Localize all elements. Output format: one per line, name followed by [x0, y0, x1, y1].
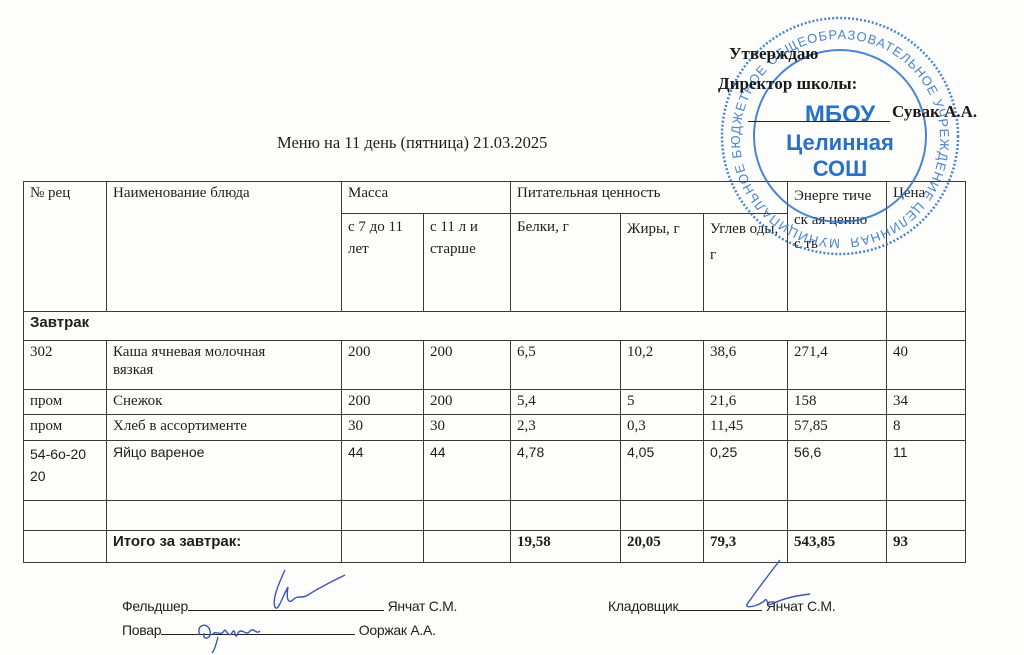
empty-cell — [788, 501, 887, 531]
medic-signature-line — [188, 598, 384, 611]
storekeeper-role: Кладовщик — [608, 598, 678, 614]
cell-mass-11-plus: 44 — [424, 441, 511, 501]
total-mass-11-plus — [424, 531, 511, 563]
header-carbs: Углев оды, г — [704, 214, 788, 312]
cell-carbs: 38,6 — [704, 341, 788, 390]
header-energy: Энерге тическ ая ценнос ть — [788, 182, 887, 312]
medic-name: Янчат С.М. — [388, 598, 457, 614]
total-carbs: 79,3 — [704, 531, 788, 563]
stamp-center-2: Целинная — [786, 130, 894, 155]
cell-energy: 56,6 — [788, 441, 887, 501]
cell-proteins: 5,4 — [511, 390, 621, 415]
header-mass: Масса — [342, 182, 511, 214]
empty-cell — [704, 501, 788, 531]
empty-row — [24, 501, 966, 531]
cook-signature-line — [161, 622, 355, 635]
total-fats: 20,05 — [621, 531, 704, 563]
header-proteins: Белки, г — [511, 214, 621, 312]
cell-recipe: 54-6о-2020 — [24, 441, 107, 501]
cell-energy: 158 — [788, 390, 887, 415]
section-empty-cell — [887, 312, 966, 341]
cell-dish: Хлеб в ассортименте — [107, 415, 342, 441]
header-fats: Жиры, г — [621, 214, 704, 312]
cell-carbs: 0,25 — [704, 441, 788, 501]
empty-cell — [342, 501, 424, 531]
section-breakfast: Завтрак — [24, 312, 887, 341]
cell-energy: 57,85 — [788, 415, 887, 441]
cell-carbs: 21,6 — [704, 390, 788, 415]
menu-table: № рец Наименование блюда Масса Питательн… — [23, 181, 966, 563]
cell-mass-11-plus: 200 — [424, 390, 511, 415]
header-mass-7-11: с 7 до 11 лет — [342, 214, 424, 312]
cell-mass-7-11: 30 — [342, 415, 424, 441]
empty-cell — [621, 501, 704, 531]
cell-proteins: 6,5 — [511, 341, 621, 390]
header-nutrition: Питательная ценность — [511, 182, 788, 214]
cell-price: 34 — [887, 390, 966, 415]
cell-price: 40 — [887, 341, 966, 390]
cell-energy: 271,4 — [788, 341, 887, 390]
cell-carbs: 11,45 — [704, 415, 788, 441]
signature-medic: Фельдшер Янчат С.М. — [122, 598, 457, 614]
cell-recipe-text: 54-6о-2020 — [30, 443, 92, 487]
cell-fats: 10,2 — [621, 341, 704, 390]
table-row: пром Снежок 200 200 5,4 5 21,6 158 34 — [24, 390, 966, 415]
total-proteins: 19,58 — [511, 531, 621, 563]
menu-title: Меню на 11 день (пятница) 21.03.2025 — [277, 133, 547, 153]
empty-cell — [511, 501, 621, 531]
cell-recipe: 302 — [24, 341, 107, 390]
header-price: Цена — [887, 182, 966, 312]
cell-proteins: 2,3 — [511, 415, 621, 441]
total-label: Итого за завтрак: — [107, 531, 342, 563]
approval-line-director: Директор школы: — [718, 74, 857, 94]
cell-recipe: пром — [24, 415, 107, 441]
cell-dish: Яйцо вареное — [107, 441, 342, 501]
header-recipe-no: № рец — [24, 182, 107, 312]
storekeeper-signature-line — [678, 598, 762, 611]
header-dish-name: Наименование блюда — [107, 182, 342, 312]
cell-dish: Снежок — [107, 390, 342, 415]
empty-cell — [24, 501, 107, 531]
cook-role: Повар — [122, 622, 161, 638]
total-price: 93 — [887, 531, 966, 563]
cell-fats: 5 — [621, 390, 704, 415]
storekeeper-name: Янчат С.М. — [766, 598, 835, 614]
approval-line-approve: Утверждаю — [729, 44, 818, 64]
header-mass-11-plus: с 11 л и старше — [424, 214, 511, 312]
total-empty-cell — [24, 531, 107, 563]
stamp-center-1: МБОУ — [805, 101, 876, 128]
signature-storekeeper: Кладовщик Янчат С.М. — [608, 598, 835, 614]
cell-mass-11-plus: 200 — [424, 341, 511, 390]
table-row: 54-6о-2020 Яйцо вареное 44 44 4,78 4,05 … — [24, 441, 966, 501]
header-row-1: № рец Наименование блюда Масса Питательн… — [24, 182, 966, 214]
medic-role: Фельдшер — [122, 598, 188, 614]
empty-cell — [424, 501, 511, 531]
cell-mass-7-11: 200 — [342, 390, 424, 415]
empty-cell — [887, 501, 966, 531]
cell-mass-7-11: 200 — [342, 341, 424, 390]
cell-mass-7-11: 44 — [342, 441, 424, 501]
cell-fats: 4,05 — [621, 441, 704, 501]
cell-fats: 0,3 — [621, 415, 704, 441]
cell-dish: Каша ячневая молочная вязкая — [107, 341, 342, 390]
approval-signature-line — [748, 121, 890, 122]
section-row: Завтрак — [24, 312, 966, 341]
signature-cook: Повар Ооржак А.А. — [122, 622, 436, 638]
approval-director-name: Сувак А.А. — [892, 102, 977, 122]
empty-cell — [107, 501, 342, 531]
stamp-center-3: СОШ — [813, 156, 868, 181]
total-energy: 543,85 — [788, 531, 887, 563]
total-mass-7-11 — [342, 531, 424, 563]
total-row: Итого за завтрак: 19,58 20,05 79,3 543,8… — [24, 531, 966, 563]
table-row: пром Хлеб в ассортименте 30 30 2,3 0,3 1… — [24, 415, 966, 441]
cook-name: Ооржак А.А. — [359, 622, 436, 638]
header-energy-text: Энерге тическ ая ценнос ть — [794, 184, 874, 256]
table-row: 302 Каша ячневая молочная вязкая 200 200… — [24, 341, 966, 390]
cell-mass-11-plus: 30 — [424, 415, 511, 441]
cell-price: 11 — [887, 441, 966, 501]
cell-price: 8 — [887, 415, 966, 441]
cell-recipe: пром — [24, 390, 107, 415]
cell-proteins: 4,78 — [511, 441, 621, 501]
